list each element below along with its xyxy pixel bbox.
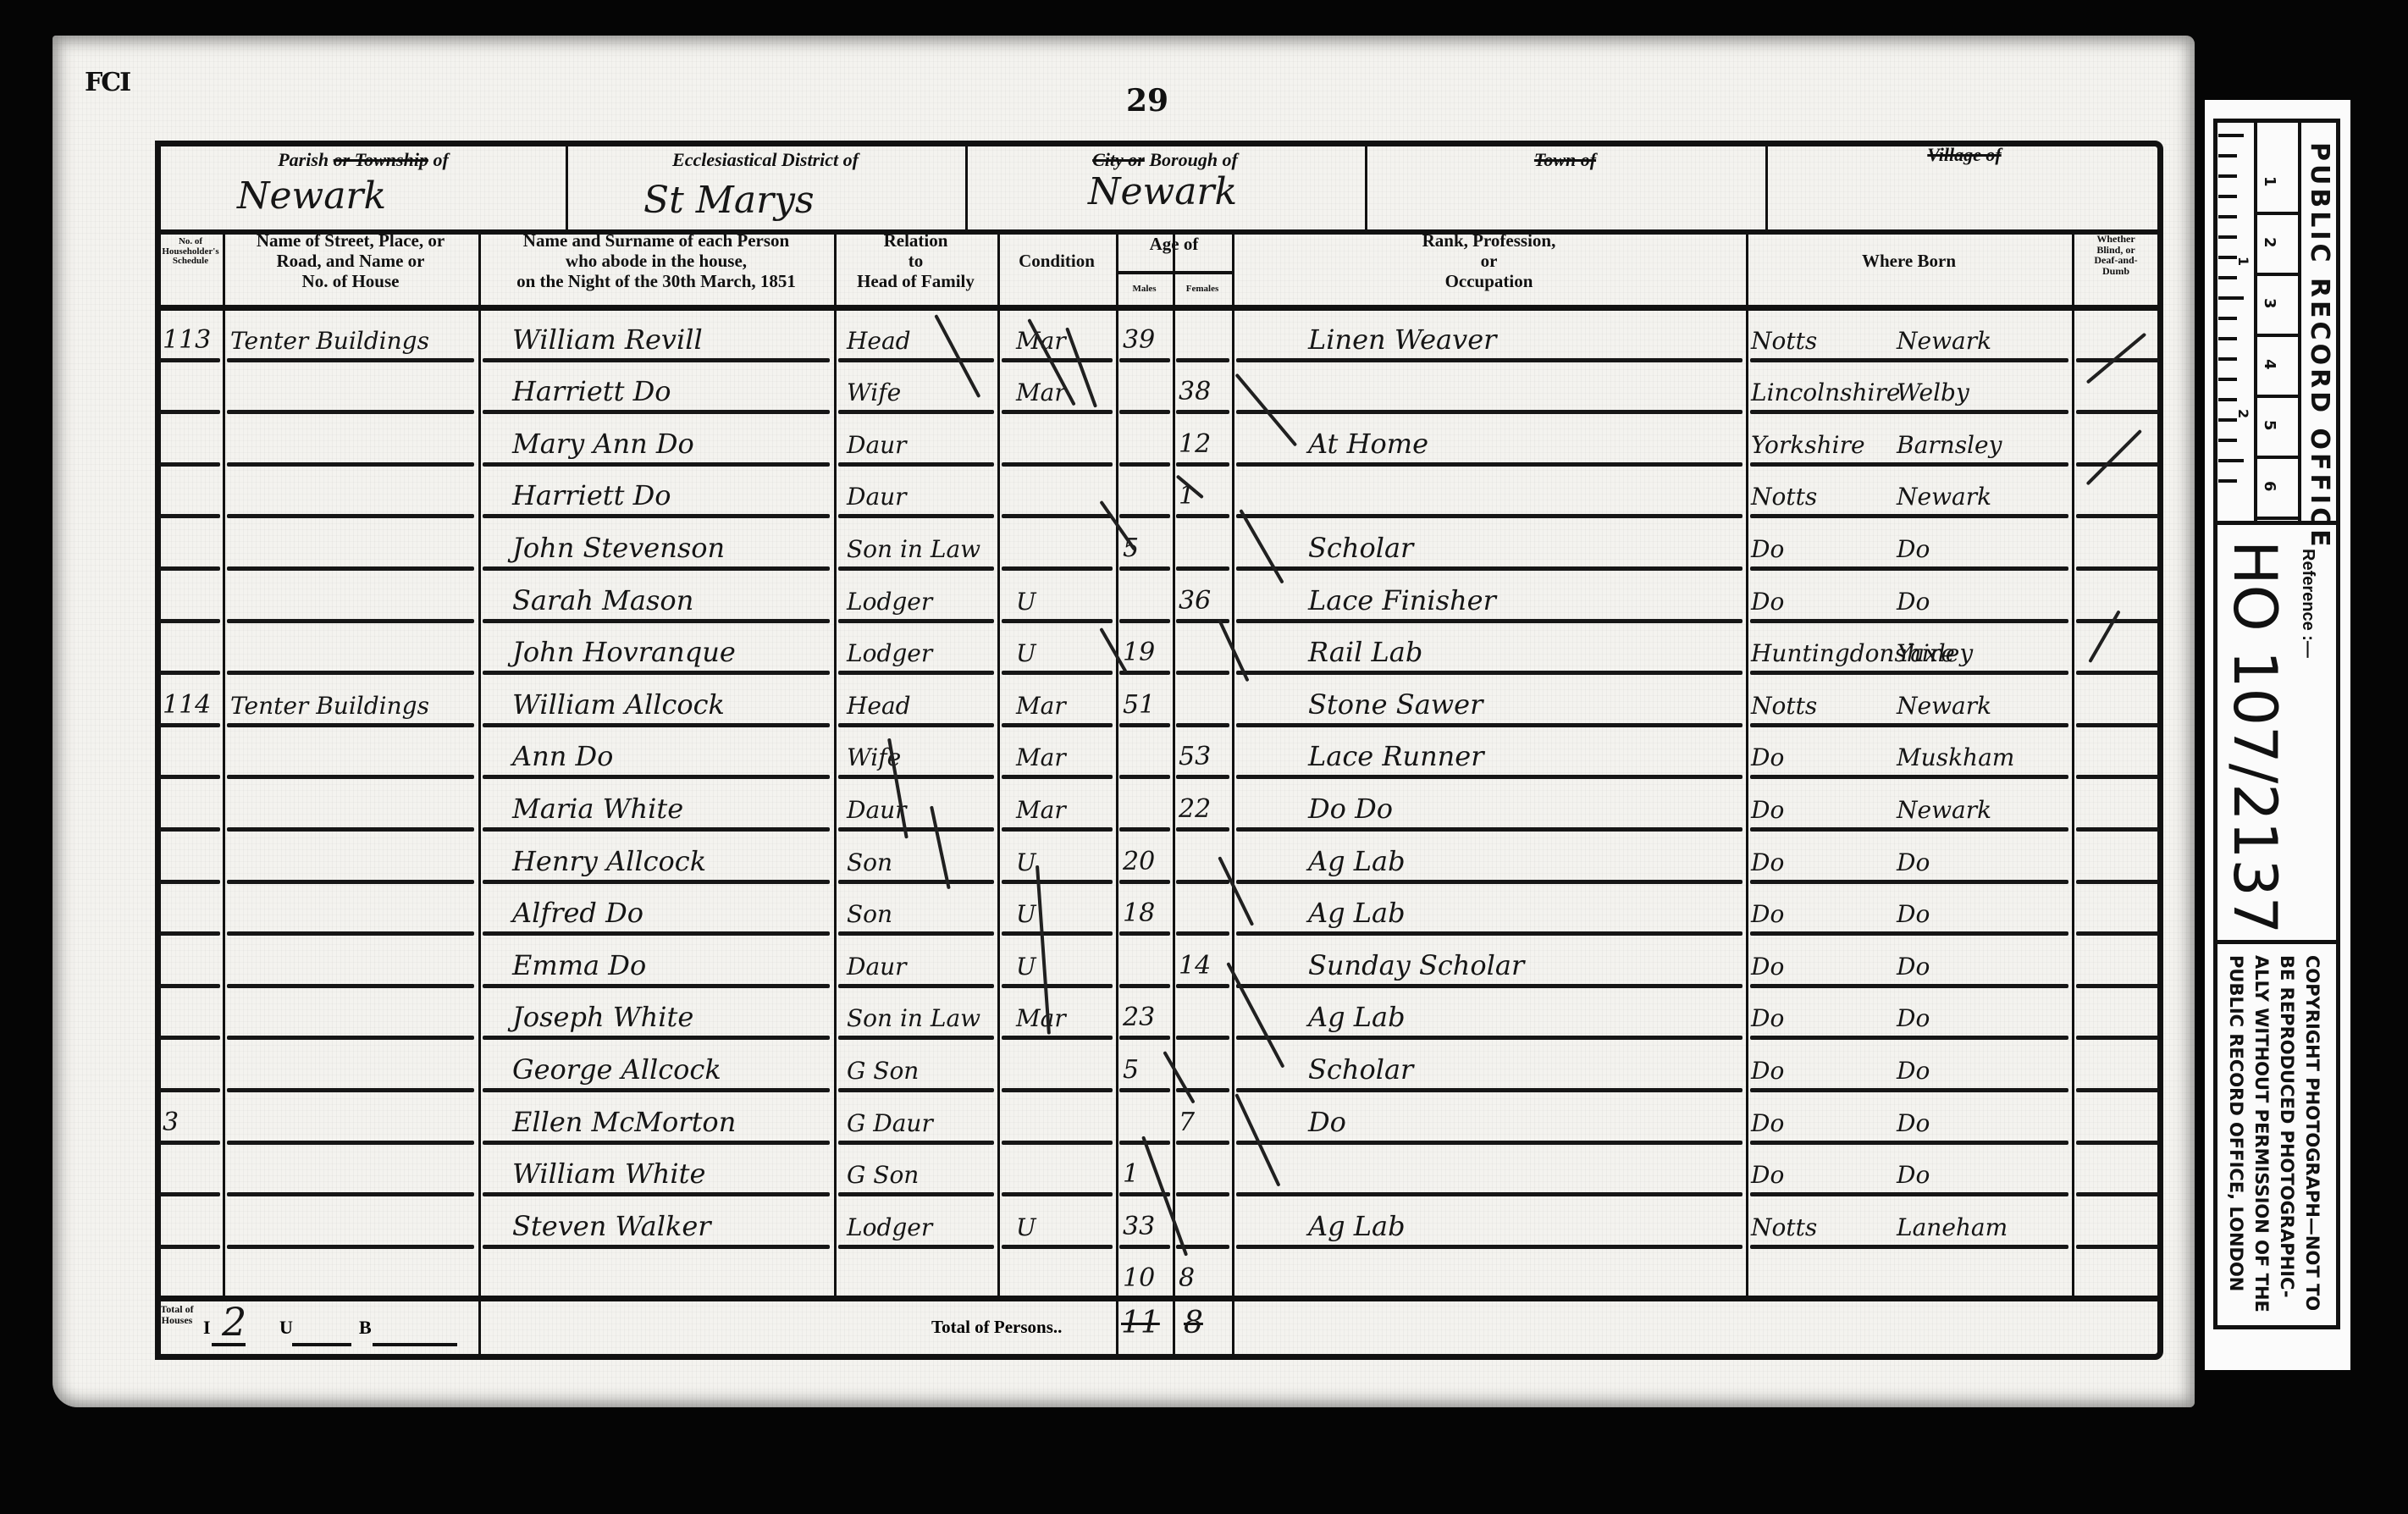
row-rule — [1176, 984, 1229, 988]
copyright-line: COPYRIGHT PHOTOGRAPH—NOT TO — [2300, 955, 2325, 1312]
marital-condition: Mar — [1016, 798, 1066, 822]
relation-to-head: Head — [847, 329, 911, 353]
birth-county: Do — [1751, 538, 1784, 561]
birth-place: Newark — [1897, 485, 1991, 509]
row-rule — [1750, 462, 2068, 467]
birth-county: Do — [1751, 1059, 1784, 1083]
header-cell-divider — [1365, 142, 1367, 231]
row-rule — [1236, 1088, 1742, 1092]
row-rule — [1119, 775, 1170, 779]
row-rule — [1236, 880, 1742, 884]
row-rule — [1750, 410, 2068, 414]
female-age: 38 — [1179, 379, 1211, 405]
birth-county: Notts — [1751, 1216, 1817, 1240]
cm-scale-number: 6 — [2261, 481, 2278, 492]
row-rule — [159, 566, 220, 571]
ruler-tick — [2218, 174, 2237, 178]
birth-place: Do — [1897, 1163, 1930, 1187]
row-rule — [159, 1036, 220, 1040]
row-rule — [1119, 1245, 1170, 1249]
row-rule — [1002, 462, 1113, 467]
occupation: Rail Lab — [1308, 638, 1422, 666]
cm-scale-divider — [2256, 456, 2298, 459]
marital-condition: U — [1016, 642, 1036, 666]
row-rule — [483, 514, 830, 518]
row-rule — [1750, 671, 2068, 675]
row-rule — [1119, 1088, 1170, 1092]
birth-place: Do — [1897, 1059, 1930, 1083]
occupation: Ag Lab — [1308, 848, 1406, 875]
person-name: John Stevenson — [512, 534, 725, 561]
birth-place: Welby — [1897, 381, 1969, 405]
total-males: 11 — [1121, 1308, 1160, 1339]
person-name: Ellen McMorton — [512, 1108, 736, 1135]
row-rule — [227, 462, 474, 467]
row-rule — [1119, 880, 1170, 884]
birth-county: Do — [1751, 1007, 1784, 1031]
row-rule — [838, 1141, 994, 1145]
ruler-tick — [2218, 337, 2237, 340]
occupation: Ag Lab — [1308, 899, 1406, 926]
column-divider — [1116, 233, 1118, 1359]
cm-scale-number: 4 — [2261, 359, 2278, 370]
birth-county: Notts — [1751, 329, 1817, 353]
relation-to-head: Lodger — [847, 590, 932, 614]
row-rule — [227, 880, 474, 884]
person-name: William Allcock — [512, 691, 725, 718]
row-rule — [838, 984, 994, 988]
birth-county: Notts — [1751, 694, 1817, 718]
row-rule — [227, 1036, 474, 1040]
ruler-tick — [2218, 398, 2237, 401]
row-rule — [483, 984, 830, 988]
cm-scale-divider — [2256, 212, 2298, 215]
scale-divider — [2298, 121, 2301, 523]
birth-place: Barnsley — [1897, 434, 2002, 457]
relation-to-head: Head — [847, 694, 911, 718]
birth-place: Yaxley — [1897, 642, 1973, 666]
ecclesiastical-district-value: St Marys — [643, 182, 815, 219]
row-rule — [227, 410, 474, 414]
birth-county: Do — [1751, 798, 1784, 822]
row-rule — [1119, 723, 1170, 727]
marital-condition: Mar — [1016, 1007, 1066, 1031]
schedule-number: 113 — [163, 328, 211, 353]
relation-to-head: G Son — [847, 1163, 919, 1187]
female-age: 22 — [1179, 797, 1211, 822]
row-rule — [483, 410, 830, 414]
row-rule — [2076, 410, 2159, 414]
row-rule — [1750, 1192, 2068, 1196]
column-divider — [1746, 233, 1748, 1297]
borough-label: City or Borough of — [965, 149, 1365, 171]
row-rule — [1750, 723, 2068, 727]
row-rule — [1119, 566, 1170, 571]
row-rule — [838, 671, 994, 675]
reference-label: Reference :— — [2298, 549, 2317, 658]
ruler-tick — [2218, 357, 2237, 361]
row-rule — [1236, 775, 1742, 779]
ruler-tick — [2218, 154, 2237, 157]
blind-column-header: Whether Blind, or Deaf-and- Dumb — [2072, 234, 2160, 276]
row-rule — [1176, 775, 1229, 779]
male-age: 18 — [1123, 901, 1155, 926]
row-rule — [1236, 1141, 1742, 1145]
copyright-line: BE REPRODUCED PHOTOGRAPHIC- — [2274, 955, 2300, 1312]
row-rule — [1750, 775, 2068, 779]
male-age: 51 — [1123, 693, 1155, 718]
row-rule — [2076, 1141, 2159, 1145]
record-office-label: PUBLIC RECORD OFFICE Reference :— HO 107… — [2205, 100, 2350, 1370]
folio-mark: FCI — [85, 68, 130, 97]
row-rule — [1750, 1245, 2068, 1249]
row-rule — [1176, 358, 1229, 362]
row-rule — [1176, 1141, 1229, 1145]
row-rule — [483, 931, 830, 936]
birth-place: Laneham — [1897, 1216, 2008, 1240]
row-rule — [483, 358, 830, 362]
row-rule — [1002, 775, 1113, 779]
row-rule — [1750, 984, 2068, 988]
schedule-column-header: No. of Householder's Schedule — [161, 237, 220, 267]
person-name: Joseph White — [512, 1003, 693, 1031]
row-rule — [1002, 671, 1113, 675]
scale-divider — [2254, 121, 2257, 523]
row-rule — [2076, 723, 2159, 727]
birth-county: Do — [1751, 955, 1784, 979]
birth-county: Notts — [1751, 485, 1817, 509]
relation-to-head: Son — [847, 851, 892, 875]
marital-condition: Mar — [1016, 381, 1066, 405]
row-rule — [1750, 619, 2068, 623]
column-divider — [223, 233, 225, 1297]
header-divider — [155, 229, 2163, 235]
row-rule — [1236, 671, 1742, 675]
males-column-header: Males — [1116, 285, 1173, 295]
row-rule — [227, 931, 474, 936]
row-rule — [1176, 671, 1229, 675]
person-name: Alfred Do — [512, 899, 643, 926]
row-rule — [1002, 1036, 1113, 1040]
row-rule — [227, 775, 474, 779]
village-label: Village of — [1765, 144, 2163, 166]
relation-to-head: Daur — [847, 434, 907, 457]
row-rule — [159, 1245, 220, 1249]
row-rule — [1236, 462, 1742, 467]
inch-scale-number: 2 — [2235, 409, 2251, 418]
ruler-tick — [2218, 317, 2237, 320]
birth-county: Do — [1751, 851, 1784, 875]
parish-label: Parish or Township of — [161, 149, 566, 171]
row-rule — [1236, 1245, 1742, 1249]
row-rule — [483, 566, 830, 571]
row-rule — [483, 1036, 830, 1040]
person-name: John Hovranque — [512, 638, 736, 666]
column-divider — [478, 233, 481, 1359]
row-rule — [1236, 358, 1742, 362]
row-rule — [227, 1088, 474, 1092]
birth-place: Do — [1897, 1007, 1930, 1031]
row-rule — [1119, 984, 1170, 988]
row-rule — [2076, 931, 2159, 936]
row-rule — [227, 619, 474, 623]
row-rule — [227, 1141, 474, 1145]
cm-scale-divider — [2256, 334, 2298, 337]
person-name: Mary Ann Do — [512, 430, 694, 457]
marital-condition: U — [1016, 851, 1036, 875]
row-rule — [2076, 1036, 2159, 1040]
row-rule — [1002, 514, 1113, 518]
row-rule — [1002, 1245, 1113, 1249]
row-rule — [1119, 827, 1170, 832]
row-rule — [1750, 514, 2068, 518]
male-age: 20 — [1123, 849, 1155, 875]
male-age: 23 — [1123, 1005, 1155, 1031]
cm-scale-number: 3 — [2261, 298, 2278, 309]
row-rule — [483, 1088, 830, 1092]
ruler-tick — [2218, 418, 2237, 422]
row-rule — [1236, 723, 1742, 727]
row-rule — [1002, 984, 1113, 988]
relation-to-head: G Daur — [847, 1112, 933, 1135]
occupation: Sunday Scholar — [1308, 952, 1524, 979]
female-age: 36 — [1179, 588, 1211, 614]
inhabited-prefix: I — [203, 1317, 211, 1339]
ruler-tick — [2218, 215, 2237, 218]
occupation: Lace Runner — [1308, 743, 1484, 770]
cm-scale-divider — [2256, 395, 2298, 398]
person-name: Sarah Mason — [512, 587, 693, 614]
birth-place: Do — [1897, 851, 1930, 875]
row-rule — [483, 723, 830, 727]
cm-scale-number: 1 — [2261, 176, 2278, 187]
total-houses-label: Total of Houses — [157, 1304, 196, 1325]
occupation: Scholar — [1308, 534, 1413, 561]
parish-value: Newark — [237, 178, 386, 215]
row-rule — [1176, 880, 1229, 884]
row-rule — [1119, 410, 1170, 414]
row-rule — [1002, 827, 1113, 832]
relation-to-head: Daur — [847, 798, 907, 822]
marital-condition: Mar — [1016, 746, 1066, 770]
blind-header-line: Deaf-and- — [2072, 255, 2160, 266]
inch-scale-number: 1 — [2235, 257, 2251, 266]
street-header-line: No. of House — [223, 271, 478, 291]
schedule-number: 114 — [163, 693, 211, 718]
row-rule — [483, 1141, 830, 1145]
name-header-line: on the Night of the 30th March, 1851 — [478, 271, 834, 291]
ruler-tick — [2218, 276, 2237, 279]
occupation: Lace Finisher — [1308, 587, 1496, 614]
marital-condition: Mar — [1016, 694, 1066, 718]
relation-to-head: G Son — [847, 1059, 919, 1083]
ecclesiastical-district-label: Ecclesiastical District of — [566, 149, 965, 171]
row-rule — [1236, 827, 1742, 832]
row-rule — [1002, 619, 1113, 623]
row-rule — [838, 880, 994, 884]
birth-place: Do — [1897, 538, 1930, 561]
row-rule — [1119, 931, 1170, 936]
header-cell-divider — [1765, 142, 1768, 231]
row-rule — [227, 566, 474, 571]
row-rule — [838, 462, 994, 467]
row-rule — [2076, 462, 2159, 467]
row-rule — [1119, 619, 1170, 623]
inhabited-underline — [212, 1343, 246, 1346]
row-rule — [2076, 827, 2159, 832]
row-rule — [2076, 775, 2159, 779]
row-rule — [1119, 358, 1170, 362]
row-rule — [1002, 1192, 1113, 1196]
male-age: 5 — [1123, 1058, 1139, 1083]
row-rule — [483, 671, 830, 675]
ruler-tick — [2218, 195, 2237, 198]
row-rule — [1119, 1036, 1170, 1040]
row-rule — [159, 619, 220, 623]
row-rule — [227, 984, 474, 988]
row-rule — [838, 1245, 994, 1249]
row-rule — [838, 931, 994, 936]
birth-county: Do — [1751, 590, 1784, 614]
row-rule — [1119, 462, 1170, 467]
cm-scale-divider — [2256, 273, 2298, 276]
row-rule — [1750, 880, 2068, 884]
row-rule — [483, 1192, 830, 1196]
row-rule — [838, 1192, 994, 1196]
where-born-column-header: Where Born — [1746, 251, 2072, 271]
row-rule — [1176, 462, 1229, 467]
occupation: At Home — [1308, 430, 1428, 457]
male-age: 33 — [1123, 1214, 1155, 1240]
name-column-header: Name and Surname of each Person who abod… — [478, 230, 834, 291]
column-header-divider — [155, 305, 2163, 311]
person-name: Harriett Do — [512, 482, 671, 509]
inhabited-count: 2 — [222, 1302, 246, 1341]
town-label: Town of — [1365, 149, 1765, 171]
row-rule — [1236, 1192, 1742, 1196]
person-name: George Allcock — [512, 1056, 721, 1083]
female-age: 14 — [1179, 953, 1211, 979]
copyright-line: ALLY WITHOUT PERMISSION OF THE — [2249, 955, 2274, 1312]
row-rule — [483, 775, 830, 779]
row-rule — [2076, 619, 2159, 623]
row-rule — [159, 410, 220, 414]
birth-place: Newark — [1897, 329, 1991, 353]
row-rule — [1750, 1141, 2068, 1145]
male-age: 39 — [1123, 328, 1155, 353]
row-rule — [1176, 827, 1229, 832]
birth-place: Do — [1897, 590, 1930, 614]
row-rule — [1176, 1192, 1229, 1196]
uninhabited-underline — [292, 1343, 351, 1346]
ruler-tick — [2218, 479, 2237, 483]
row-rule — [838, 1036, 994, 1040]
row-rule — [1002, 410, 1113, 414]
female-age: 7 — [1179, 1110, 1195, 1135]
row-rule — [1176, 723, 1229, 727]
birth-county: Do — [1751, 1163, 1784, 1187]
row-rule — [1002, 1088, 1113, 1092]
column-divider — [997, 233, 1000, 1297]
row-rule — [838, 827, 994, 832]
female-age: 8 — [1179, 1266, 1195, 1291]
birth-place: Newark — [1897, 694, 1991, 718]
relation-to-head: Son — [847, 903, 892, 926]
row-rule — [2076, 1245, 2159, 1249]
birth-county: Do — [1751, 746, 1784, 770]
marital-condition: U — [1016, 590, 1036, 614]
row-rule — [1236, 984, 1742, 988]
row-rule — [2076, 880, 2159, 884]
marital-condition: U — [1016, 903, 1036, 926]
occupation-column-header: Rank, Profession, or Occupation — [1232, 230, 1746, 291]
ruler-tick — [2218, 256, 2237, 259]
relation-to-head: Son in Law — [847, 1007, 980, 1031]
row-rule — [227, 723, 474, 727]
header-cell-divider — [566, 142, 568, 231]
row-rule — [838, 514, 994, 518]
row-rule — [159, 775, 220, 779]
row-rule — [1236, 514, 1742, 518]
row-rule — [159, 671, 220, 675]
row-rule — [1750, 358, 2068, 362]
row-rule — [2076, 1192, 2159, 1196]
row-rule — [2076, 566, 2159, 571]
relation-column-header: Relation to Head of Family — [834, 230, 997, 291]
header-cell-divider — [965, 142, 968, 231]
building-underline — [373, 1343, 457, 1346]
row-rule — [1750, 931, 2068, 936]
row-rule — [838, 566, 994, 571]
occupation: Scholar — [1308, 1056, 1413, 1083]
row-rule — [1236, 566, 1742, 571]
row-rule — [1002, 1141, 1113, 1145]
total-females: 8 — [1184, 1308, 1203, 1339]
copyright-line: PUBLIC RECORD OFFICE, LONDON — [2223, 955, 2249, 1312]
birth-place: Do — [1897, 955, 1930, 979]
birth-place: Muskham — [1897, 746, 2014, 770]
row-rule — [1002, 931, 1113, 936]
occupation: Ag Lab — [1308, 1003, 1406, 1031]
row-rule — [1750, 1036, 2068, 1040]
person-name: Henry Allcock — [512, 848, 706, 875]
blind-header-line: Dumb — [2072, 266, 2160, 277]
occupation-header-line: or — [1232, 251, 1746, 271]
row-rule — [1176, 931, 1229, 936]
row-rule — [1002, 880, 1113, 884]
person-name: William Revill — [512, 326, 703, 353]
occupation: Stone Sawer — [1308, 691, 1483, 718]
totals-divider — [155, 1296, 2163, 1301]
ruler-tick — [2218, 439, 2237, 442]
row-rule — [1176, 566, 1229, 571]
occupation: Ag Lab — [1308, 1213, 1406, 1240]
occupation-header-line: Occupation — [1232, 271, 1746, 291]
street-name: Tenter Buildings — [230, 329, 429, 353]
row-rule — [159, 462, 220, 467]
row-rule — [838, 358, 994, 362]
row-rule — [1002, 566, 1113, 571]
male-age: 1 — [1123, 1162, 1139, 1187]
person-name: Emma Do — [512, 952, 646, 979]
row-rule — [1236, 619, 1742, 623]
row-rule — [159, 1141, 220, 1145]
borough-value: Newark — [1088, 174, 1237, 211]
occupation: Linen Weaver — [1308, 326, 1496, 353]
row-rule — [159, 514, 220, 518]
schedule-number: 3 — [163, 1110, 179, 1135]
row-rule — [838, 775, 994, 779]
